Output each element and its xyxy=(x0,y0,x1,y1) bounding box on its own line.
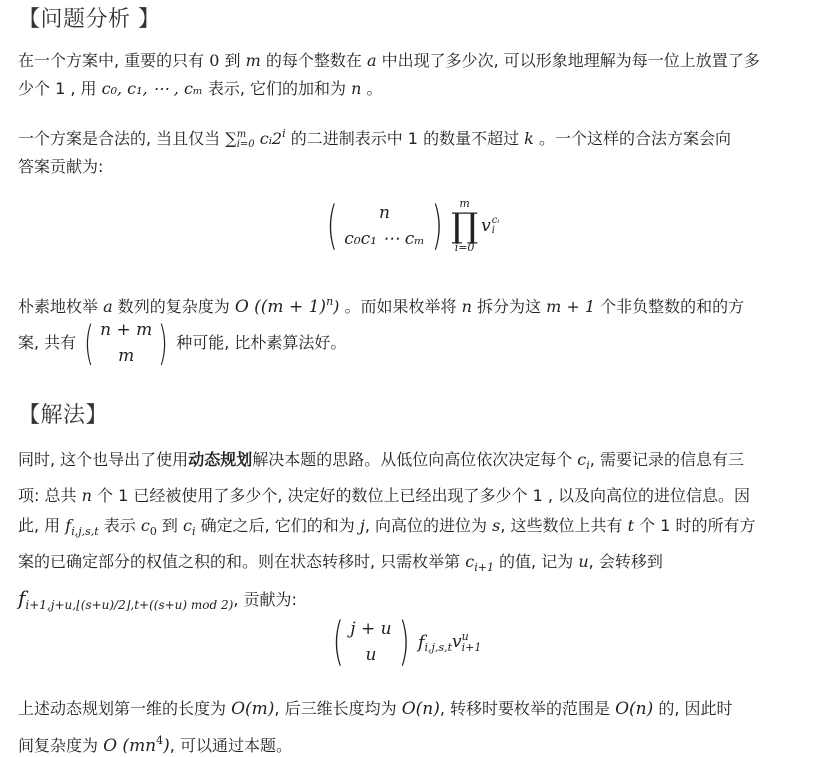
text: 此, 用 xyxy=(18,516,65,535)
text: 一个方案是合法的, 当且仅当 xyxy=(18,129,225,148)
math: a xyxy=(367,51,377,70)
math: c xyxy=(577,450,586,469)
text: 同时, 这个也导出了使用 xyxy=(18,450,188,469)
text: 个 1 时的所有方 xyxy=(634,516,755,535)
text: , 这些数位上共有 xyxy=(500,516,627,535)
math: i,j,s,t xyxy=(71,525,98,538)
text: 案, 共有 xyxy=(18,329,76,357)
math: m xyxy=(118,343,134,369)
text: 朴素地枚举 xyxy=(18,297,103,316)
math: f xyxy=(418,632,425,653)
text: , 向高位的进位为 xyxy=(365,516,492,535)
left-paren: ( xyxy=(333,616,344,668)
text: 答案贡献为: xyxy=(18,157,103,176)
paragraph-naive-line2: 案, 共有 ( n + m m ) 种可能, 比朴素算法好。 xyxy=(18,316,833,370)
right-paren: ) xyxy=(398,616,409,668)
math: n xyxy=(462,297,472,316)
binom-n-plus-m: ( n + m m ) xyxy=(80,317,172,369)
text: 的二进制表示中 1 的数量不超过 xyxy=(286,129,525,148)
text: , 后三维长度均为 xyxy=(274,699,401,718)
text: , 贡献为: xyxy=(233,590,297,609)
math: i+1 xyxy=(462,642,482,653)
text: 解决本题的思路。从低位向高位依次决定每个 xyxy=(252,450,577,469)
text: 在一个方案中, 重要的只有 xyxy=(18,51,209,70)
text: 中出现了多少次, 可以形象地理解为每一位上放置了多 xyxy=(377,51,760,70)
text: 到 xyxy=(157,516,183,535)
text: , 需要记录的信息有三 xyxy=(590,450,744,469)
math: i+1,j+u,⌊(s+u)/2⌋,t+((s+u) mod 2) xyxy=(25,598,233,612)
right-paren: ) xyxy=(431,200,442,252)
math: i xyxy=(492,226,500,236)
math: i+1 xyxy=(474,561,494,574)
left-paren: ( xyxy=(327,200,338,252)
text: 。 xyxy=(361,79,382,98)
sum-symbol: ∑ xyxy=(225,129,236,148)
math: i=0 xyxy=(455,242,475,254)
math: c₀c₁ ⋯ cₘ xyxy=(344,226,424,252)
math: n xyxy=(351,79,361,98)
math: ) xyxy=(163,736,170,756)
paragraph-legality: 一个方案是合法的, 当且仅当 ∑mi=0 cᵢ2i 的二进制表示中 1 的数量不… xyxy=(18,120,833,181)
math: cᵢ2 xyxy=(260,129,282,148)
math: O(n) xyxy=(615,699,653,719)
product: m ∏ i=0 xyxy=(451,198,478,254)
math: n xyxy=(82,486,92,505)
math: O(m) xyxy=(231,699,274,719)
math: i=0 xyxy=(237,140,255,150)
math: u xyxy=(578,552,588,571)
paragraph-intro: 在一个方案中, 重要的只有 0 到 m 的每个整数在 a 中出现了多少次, 可以… xyxy=(18,47,833,103)
math: n xyxy=(379,200,390,226)
math: u xyxy=(365,642,376,668)
math: v xyxy=(452,632,462,652)
math: a xyxy=(103,297,113,316)
binom: n c₀c₁ ⋯ cₘ xyxy=(342,200,426,252)
math: c xyxy=(141,516,150,535)
math: c xyxy=(465,552,474,571)
text: 上述动态规划第一维的长度为 xyxy=(18,699,231,718)
text: 个非负整数的和的方 xyxy=(595,297,744,316)
text: 数列的复杂度为 xyxy=(113,297,235,316)
text: 表示 xyxy=(99,516,141,535)
math: c₀, c₁, ⋯ , cₘ xyxy=(102,79,203,98)
binom: j + u u xyxy=(348,616,393,668)
text: 的, 因此时 xyxy=(653,699,732,718)
math: O(n) xyxy=(402,699,440,719)
text: 。而如果枚举将 xyxy=(339,297,461,316)
left-paren: ( xyxy=(84,320,94,366)
math: j + u xyxy=(350,616,391,642)
text: 个 1 已经被使用了多少个, 决定好的数位上已经出现了多少个 1 , 以及向高位… xyxy=(92,486,750,505)
text: 的值, 记为 xyxy=(494,552,578,571)
formula-transition: ( j + u u ) fi,j,s,tvui+1 xyxy=(328,616,481,668)
math: 0 xyxy=(209,51,219,70)
math: O ((m + 1) xyxy=(235,297,326,317)
text: 确定之后, 它们的和为 xyxy=(196,516,360,535)
text: 拆分为这 xyxy=(472,297,546,316)
text: 。一个这样的合法方案会向 xyxy=(534,129,731,148)
paragraph-complexity: 上述动态规划第一维的长度为 O(m), 后三维长度均为 O(n), 转移时要枚举… xyxy=(18,693,833,757)
math: m xyxy=(237,130,255,140)
text: 项: 总共 xyxy=(18,486,82,505)
text: 表示, 它们的加和为 xyxy=(203,79,351,98)
paragraph-dp: 同时, 这个也导出了使用动态规划解决本题的思路。从低位向高位依次决定每个 ci,… xyxy=(18,445,833,620)
section-title-solution: 【解法】 xyxy=(18,398,108,429)
right-paren: ) xyxy=(158,320,168,366)
text: , 会转移到 xyxy=(589,552,663,571)
text: 少个 1 , 用 xyxy=(18,79,102,98)
product-symbol: ∏ xyxy=(451,210,478,242)
math: c xyxy=(183,516,192,535)
formula-multinomial: ( n c₀c₁ ⋯ cₘ ) m ∏ i=0 vcᵢi xyxy=(322,198,499,254)
math: v xyxy=(481,216,491,236)
text: 间复杂度为 xyxy=(18,736,103,755)
binom: n + m m xyxy=(98,317,154,369)
math: m xyxy=(246,51,261,70)
math: O (mn xyxy=(103,736,156,756)
text: 的每个整数在 xyxy=(261,51,367,70)
text: 到 xyxy=(219,51,245,70)
text: 种可能, 比朴素算法好。 xyxy=(176,329,346,357)
text: 案的已确定部分的权值之积的和。则在状态转移时, 只需枚举第 xyxy=(18,552,465,571)
math: i,j,s,t xyxy=(425,641,452,654)
math: k xyxy=(524,129,534,148)
math: 0 xyxy=(150,525,157,538)
math: n + m xyxy=(100,317,152,343)
section-title-problem-analysis: 【问题分析 】 xyxy=(18,2,161,33)
text: , 可以通过本题。 xyxy=(170,736,292,755)
text: , 转移时要枚举的范围是 xyxy=(440,699,615,718)
math: m + 1 xyxy=(546,297,595,316)
bold-text: 动态规划 xyxy=(188,450,252,469)
